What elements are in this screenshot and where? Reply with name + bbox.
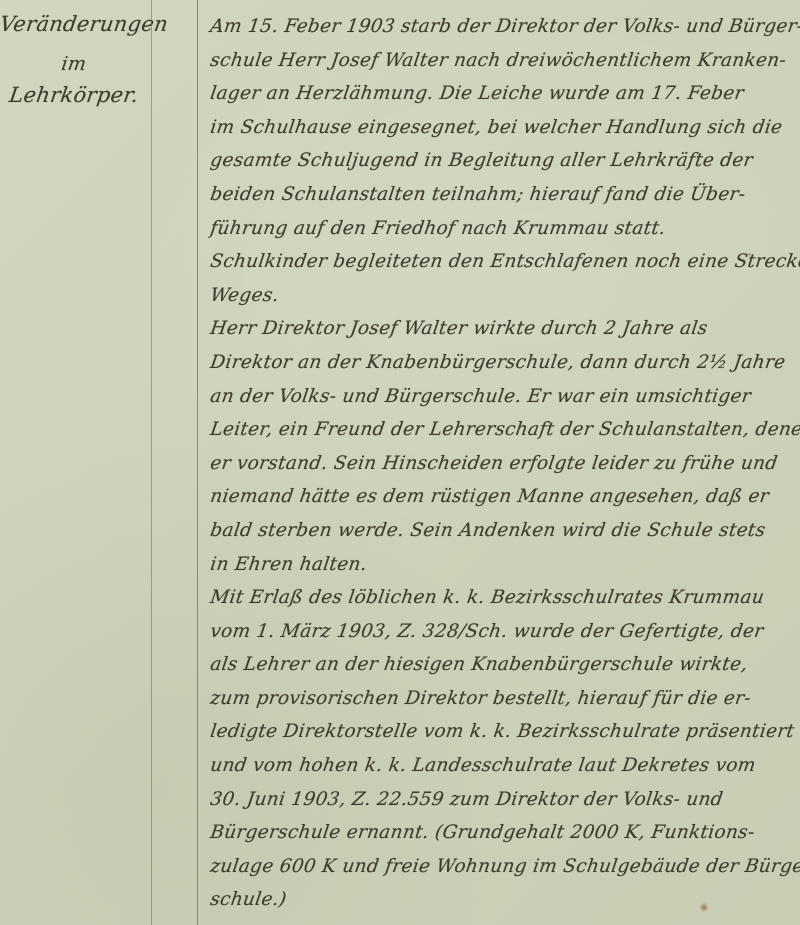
text-line: Mit Erlaß des löblichen k. k. Bezirkssch… [208,581,800,615]
margin-rule-right [197,0,198,925]
text-line: in Ehren halten. [208,548,800,582]
body-text: Am 15. Feber 1903 starb der Direktor der… [208,10,796,917]
text-line: Schulkinder begleiteten den Entschlafene… [208,245,800,279]
text-line: im Schulhause eingesegnet, bei welcher H… [208,111,800,145]
text-line: Am 15. Feber 1903 starb der Direktor der… [208,10,800,44]
text-line: Bürgerschule ernannt. (Grundgehalt 2000 … [208,816,800,850]
text-line: beiden Schulanstalten teilnahm; hierauf … [208,178,800,212]
margin-heading-line: im [0,53,150,75]
text-line: Direktor an der Knabenbürgerschule, dann… [208,346,800,380]
text-line: zum provisorischen Direktor bestellt, hi… [208,682,800,716]
text-line: vom 1. März 1903, Z. 328/Sch. wurde der … [208,615,800,649]
text-line: schule.) [208,883,800,917]
text-line: lager an Herzlähmung. Die Leiche wurde a… [208,77,800,111]
text-line: Leiter, ein Freund der Lehrerschaft der … [208,413,800,447]
text-line: als Lehrer an der hiesigen Knabenbürgers… [208,648,800,682]
text-line: Weges. [208,279,800,313]
text-line: bald sterben werde. Sein Andenken wird d… [208,514,800,548]
margin-heading: Veränderungen im Lehrkörper. [0,12,148,107]
text-line: und vom hohen k. k. Landesschulrate laut… [208,749,800,783]
text-line: 30. Juni 1903, Z. 22.559 zum Direktor de… [208,783,800,817]
margin-rule-left [151,0,152,925]
text-line: ledigte Direktorstelle vom k. k. Bezirks… [208,715,800,749]
chronicle-page: Veränderungen im Lehrkörper. Am 15. Febe… [0,0,800,925]
text-line: führung auf den Friedhof nach Krummau st… [208,212,800,246]
text-line: gesamte Schuljugend in Begleitung aller … [208,144,800,178]
margin-heading-line: Lehrkörper. [0,83,150,107]
text-line: an der Volks- und Bürgerschule. Er war e… [208,380,800,414]
margin-heading-line: Veränderungen [0,12,150,36]
text-line: schule Herr Josef Walter nach dreiwöchen… [208,44,800,78]
ink-fleck [747,252,752,257]
text-line: niemand hätte es dem rüstigen Manne ange… [208,480,800,514]
text-line: zulage 600 K und freie Wohnung im Schulg… [208,850,800,884]
text-line: er vorstand. Sein Hinscheiden erfolgte l… [208,447,800,481]
text-line: Herr Direktor Josef Walter wirkte durch … [208,312,800,346]
foxing-spot [699,903,709,912]
